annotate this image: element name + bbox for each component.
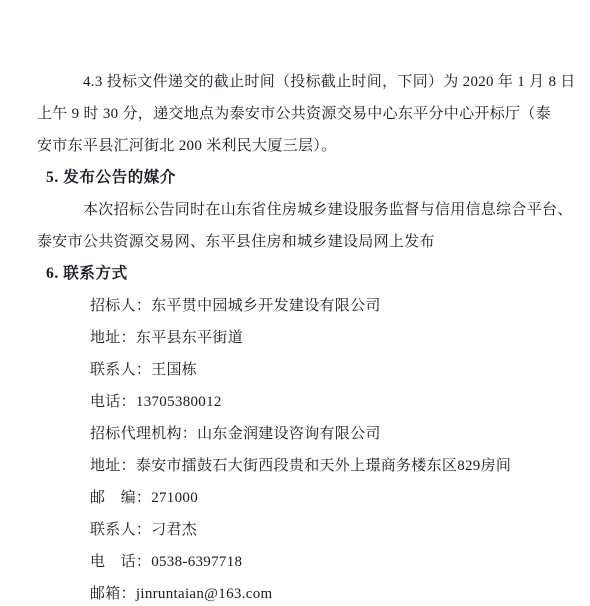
section-6-heading: 6. 联系方式 bbox=[0, 258, 590, 290]
contact-agency-address: 地址：泰安市擂鼓石大街西段贵和天外上璟商务楼东区829房间 bbox=[0, 450, 590, 482]
clause-4-3-line-2: 上午 9 时 30 分，递交地点为泰安市公共资源交易中心东平分中心开标厅（泰 bbox=[0, 98, 590, 130]
clause-4-3-line-1: 4.3 投标文件递交的截止时间（投标截止时间，下同）为 2020 年 1 月 8… bbox=[0, 66, 590, 98]
document-page: 4.3 投标文件递交的截止时间（投标截止时间，下同）为 2020 年 1 月 8… bbox=[0, 0, 590, 606]
contact-bidder-person: 联系人：王国栋 bbox=[0, 354, 590, 386]
contact-postcode: 邮 编：271000 bbox=[0, 482, 590, 514]
contact-agency: 招标代理机构：山东金润建设咨询有限公司 bbox=[0, 418, 590, 450]
contact-agency-person: 联系人：刁君杰 bbox=[0, 514, 590, 546]
contact-agency-phone: 电 话：0538-6397718 bbox=[0, 546, 590, 578]
section-5-line-2: 泰安市公共资源交易网、东平县住房和城乡建设局网上发布 bbox=[0, 226, 590, 258]
contact-bidder-address: 地址：东平县东平街道 bbox=[0, 322, 590, 354]
clause-4-3-line-3: 安市东平县汇河街北 200 米利民大厦三层）。 bbox=[0, 130, 590, 162]
section-5-heading: 5. 发布公告的媒介 bbox=[0, 162, 590, 194]
contact-email: 邮箱：jinruntaian@163.com bbox=[0, 578, 590, 606]
section-5-line-1: 本次招标公告同时在山东省住房城乡建设服务监督与信用信息综合平台、 bbox=[0, 194, 590, 226]
contact-bidder-phone: 电话：13705380012 bbox=[0, 386, 590, 418]
contact-bidder: 招标人：东平贯中园城乡开发建设有限公司 bbox=[0, 290, 590, 322]
